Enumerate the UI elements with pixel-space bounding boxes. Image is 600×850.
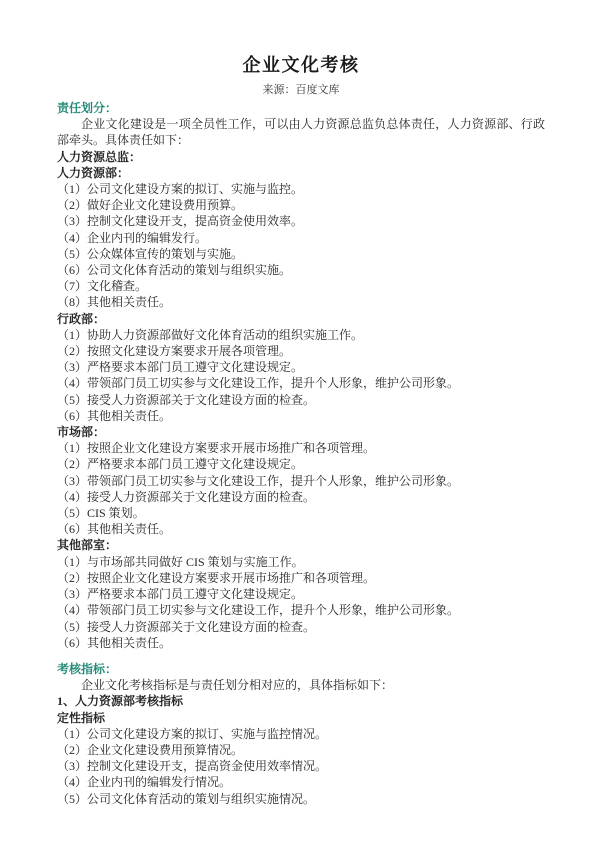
list-item: （2）做好企业文化建设费用预算。 — [57, 197, 545, 213]
list-item: （6）其他相关责任。 — [57, 635, 545, 651]
group-title: 行政部： — [57, 311, 545, 327]
group-title: 人力资源部： — [57, 165, 545, 181]
list-item: （8）其他相关责任。 — [57, 294, 545, 310]
group-other-departments: 其他部室： （1）与市场部共同做好 CIS 策划与实施工作。 （2）按照企业文化… — [57, 537, 545, 650]
group-title: 1、人力资源部考核指标 — [57, 693, 545, 709]
document-page: 企业文化考核 来源：百度文库 责任划分： 企业文化建设是一项全员性工作，可以由人… — [0, 0, 600, 850]
group-title: 其他部室： — [57, 537, 545, 553]
list-item: （5）公众媒体宣传的策划与实施。 — [57, 246, 545, 262]
list-item: （3）控制文化建设开支，提高资金使用效率情况。 — [57, 758, 545, 774]
list-item: （1）公司文化建设方案的拟订、实施与监控情况。 — [57, 726, 545, 742]
list-item: （5）接受人力资源部关于文化建设方面的检查。 — [57, 392, 545, 408]
section-indicators: 考核指标： 企业文化考核指标是与责任划分相对应的，具体指标如下： 1、人力资源部… — [57, 661, 545, 807]
section-responsibility: 责任划分： 企业文化建设是一项全员性工作，可以由人力资源总监负总体责任，人力资源… — [57, 100, 545, 651]
responsibility-heading: 责任划分： — [57, 100, 545, 116]
list-item: （3）严格要求本部门员工遵守文化建设规定。 — [57, 586, 545, 602]
list-item: （1）与市场部共同做好 CIS 策划与实施工作。 — [57, 554, 545, 570]
list-item: （2）按照文化建设方案要求开展各项管理。 — [57, 343, 545, 359]
list-item: （7）文化稽查。 — [57, 278, 545, 294]
list-item: （3）带领部门员工切实参与文化建设工作，提升个人形象，维护公司形象。 — [57, 473, 545, 489]
group-hr-indicators: 1、人力资源部考核指标 — [57, 693, 545, 709]
list-item: （5）CIS 策划。 — [57, 505, 545, 521]
list-item: （4）接受人力资源部关于文化建设方面的检查。 — [57, 489, 545, 505]
list-item: （4）企业内刊的编辑发行情况。 — [57, 774, 545, 790]
group-title: 人力资源总监： — [57, 149, 545, 165]
list-item: （2）严格要求本部门员工遵守文化建设规定。 — [57, 456, 545, 472]
page-title: 企业文化考核 — [57, 52, 545, 78]
group-title: 定性指标 — [57, 710, 545, 726]
list-item: （6）其他相关责任。 — [57, 521, 545, 537]
group-qualitative-indicators: 定性指标 （1）公司文化建设方案的拟订、实施与监控情况。 （2）企业文化建设费用… — [57, 710, 545, 807]
list-item: （6）其他相关责任。 — [57, 408, 545, 424]
indicators-heading: 考核指标： — [57, 661, 545, 677]
group-market-department: 市场部： （1）按照企业文化建设方案要求开展市场推广和各项管理。 （2）严格要求… — [57, 424, 545, 537]
list-item: （1）公司文化建设方案的拟订、实施与监控。 — [57, 181, 545, 197]
list-item: （1）按照企业文化建设方案要求开展市场推广和各项管理。 — [57, 440, 545, 456]
source-line: 来源：百度文库 — [57, 82, 545, 98]
indicators-intro: 企业文化考核指标是与责任划分相对应的，具体指标如下： — [57, 677, 545, 693]
group-hr-department: 人力资源部： （1）公司文化建设方案的拟订、实施与监控。 （2）做好企业文化建设… — [57, 165, 545, 311]
list-item: （2）企业文化建设费用预算情况。 — [57, 742, 545, 758]
list-item: （4）带领部门员工切实参与文化建设工作，提升个人形象，维护公司形象。 — [57, 375, 545, 391]
group-hr-director: 人力资源总监： — [57, 149, 545, 165]
group-title: 市场部： — [57, 424, 545, 440]
list-item: （3）严格要求本部门员工遵守文化建设规定。 — [57, 359, 545, 375]
list-item: （6）公司文化体育活动的策划与组织实施。 — [57, 262, 545, 278]
group-admin-department: 行政部： （1）协助人力资源部做好文化体育活动的组织实施工作。 （2）按照文化建… — [57, 311, 545, 424]
list-item: （5）接受人力资源部关于文化建设方面的检查。 — [57, 619, 545, 635]
list-item: （1）协助人力资源部做好文化体育活动的组织实施工作。 — [57, 327, 545, 343]
list-item: （3）控制文化建设开支，提高资金使用效率。 — [57, 213, 545, 229]
list-item: （4）带领部门员工切实参与文化建设工作，提升个人形象，维护公司形象。 — [57, 602, 545, 618]
list-item: （5）公司文化体育活动的策划与组织实施情况。 — [57, 791, 545, 807]
list-item: （2）按照企业文化建设方案要求开展市场推广和各项管理。 — [57, 570, 545, 586]
responsibility-intro: 企业文化建设是一项全员性工作，可以由人力资源总监负总体责任，人力资源部、行政部牵… — [57, 116, 545, 148]
list-item: （4）企业内刊的编辑发行。 — [57, 230, 545, 246]
